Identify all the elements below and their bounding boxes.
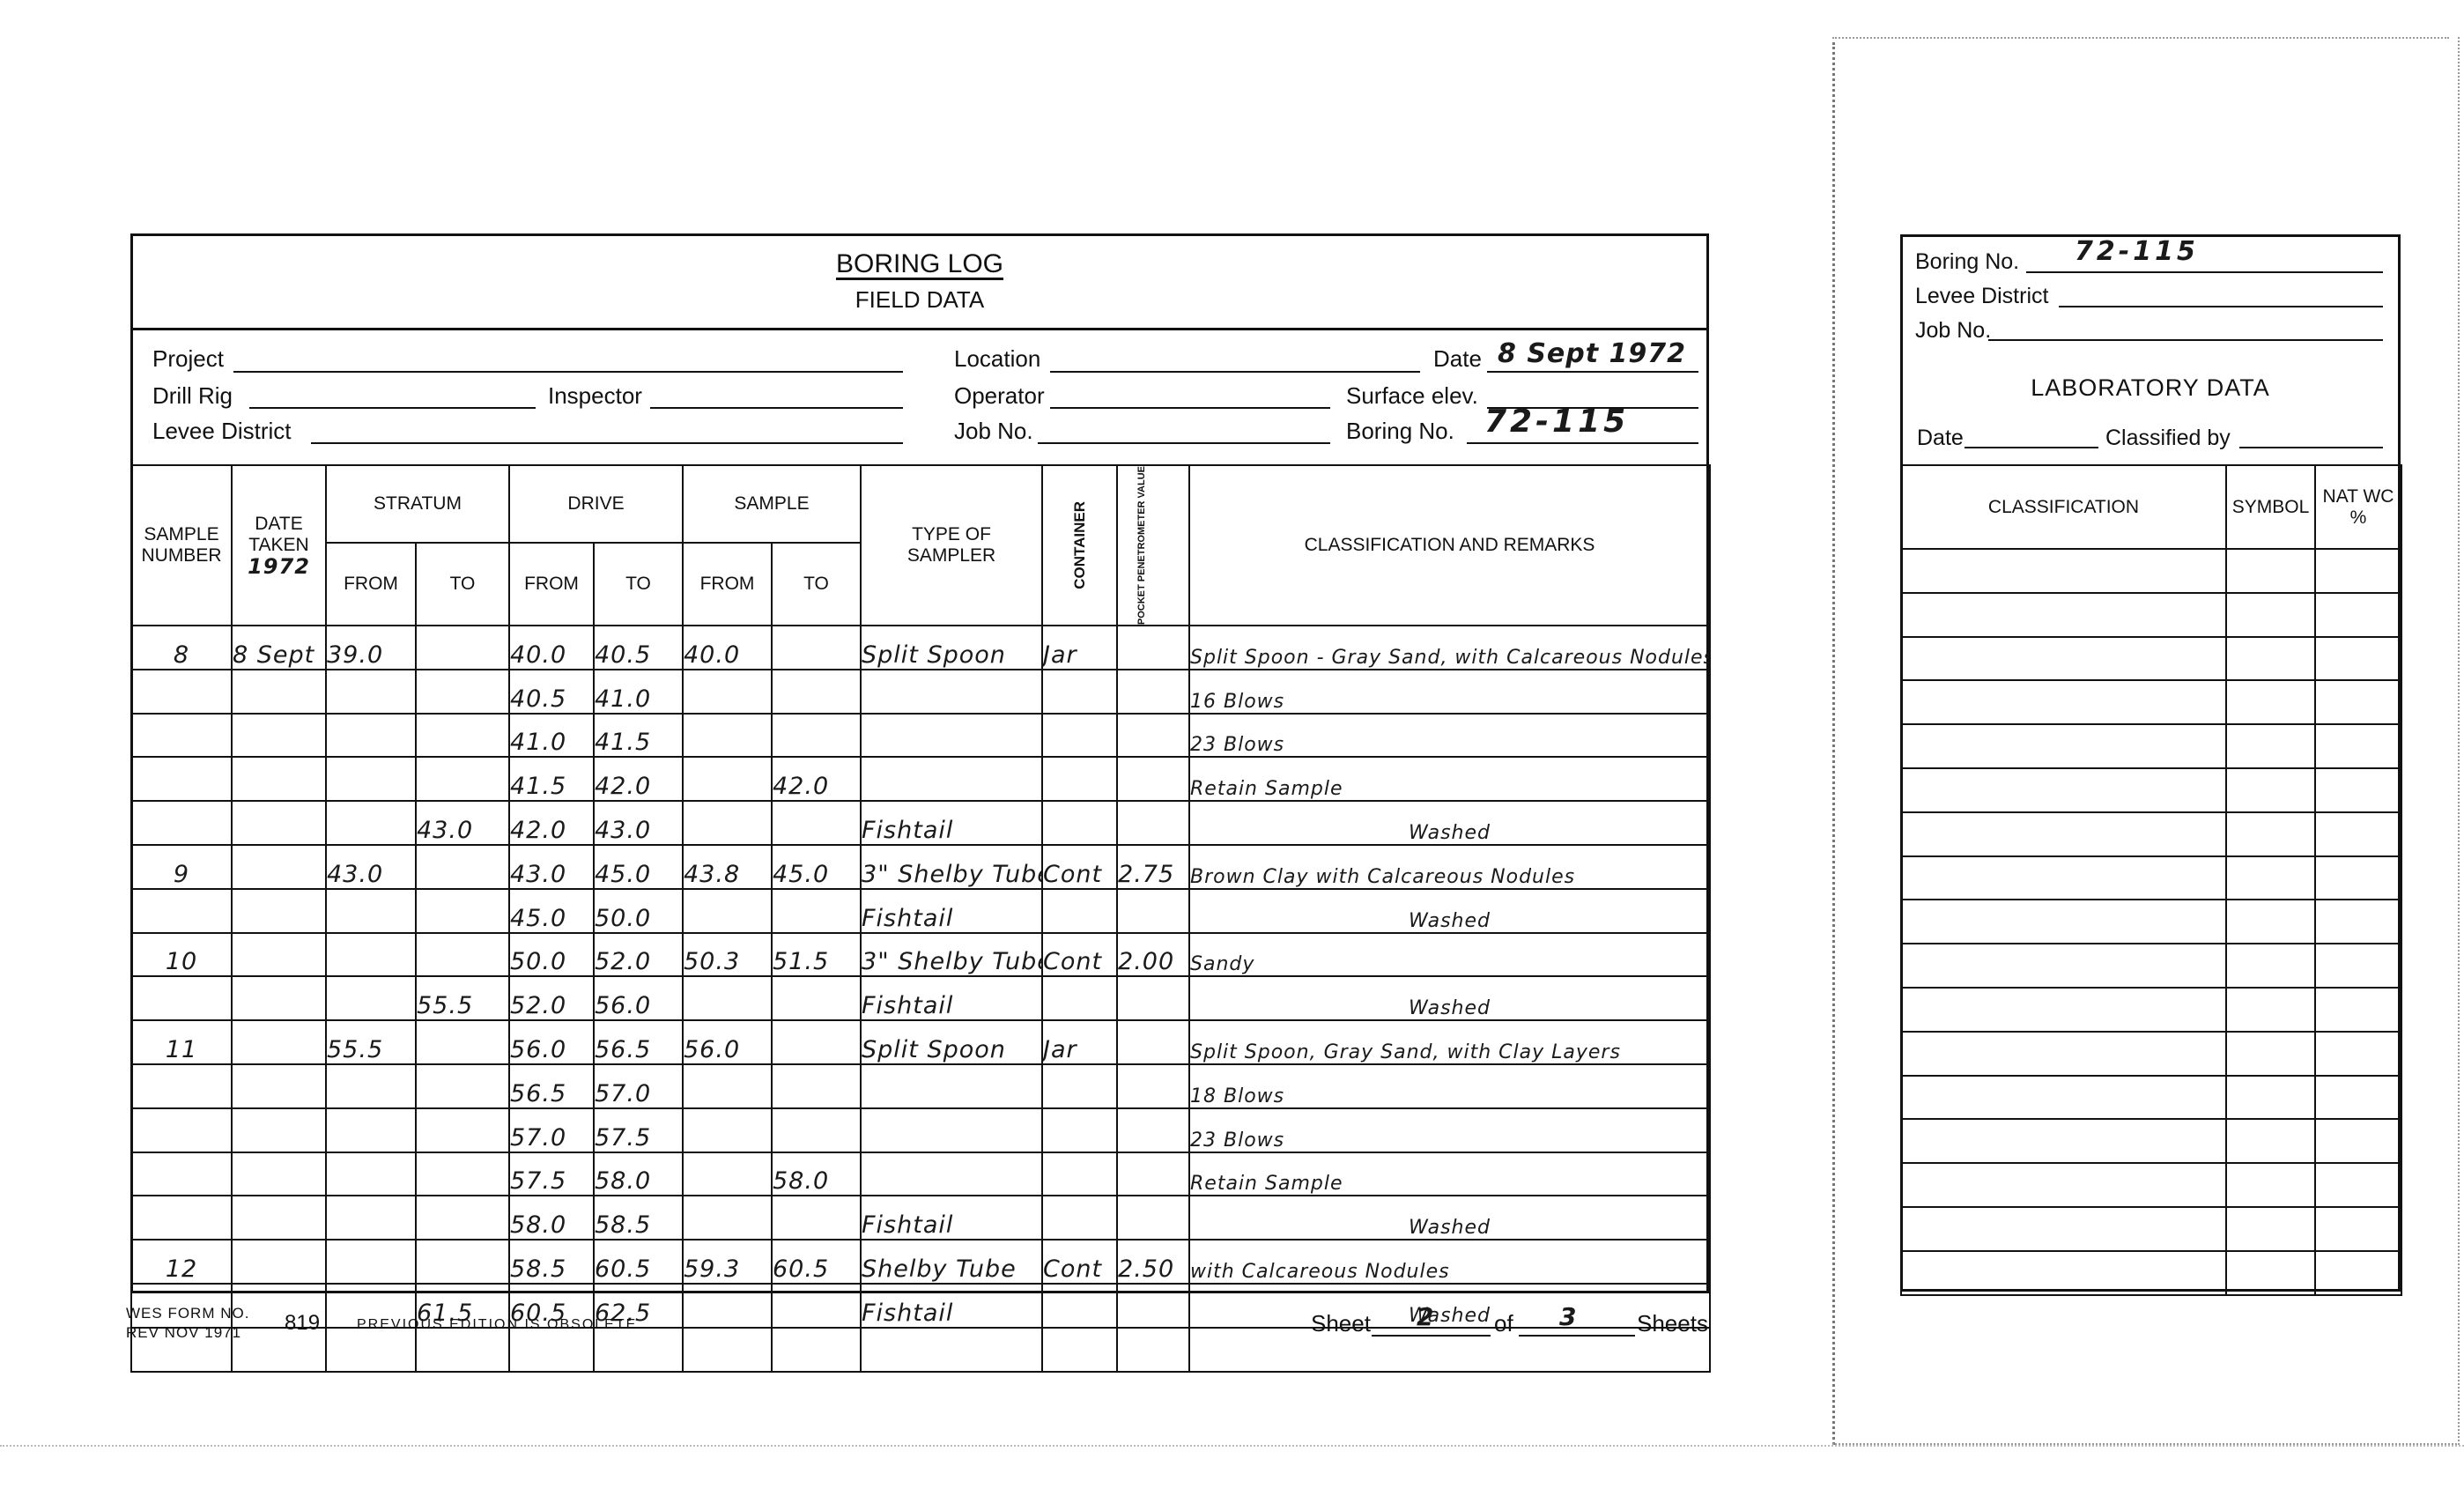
table-row: 55.552.056.0FishtailWashed [131, 976, 1710, 1020]
date-value: 8 Sept 1972 [1498, 338, 1686, 369]
date-taken-cell[interactable] [232, 1020, 326, 1064]
lab-classification-cell[interactable] [1901, 988, 2226, 1032]
lab-date-field[interactable] [1965, 447, 2098, 448]
of-label: of [1494, 1310, 1513, 1337]
sheet-field[interactable] [1372, 1335, 1491, 1337]
lab-symbol-cell[interactable] [2226, 1251, 2315, 1295]
penetrometer-cell[interactable]: 2.50 [1117, 1240, 1189, 1284]
sample-from-cell[interactable] [683, 976, 772, 1020]
sample-to-cell[interactable] [772, 1196, 861, 1240]
lab-symbol-cell[interactable] [2226, 724, 2315, 768]
lab-nat-wc-cell[interactable] [2315, 1251, 2401, 1295]
lab-nat-wc-cell[interactable] [2315, 988, 2401, 1032]
remarks-cell[interactable]: Sandy [1189, 933, 1710, 977]
sample-to-cell[interactable]: 45.0 [772, 845, 861, 889]
remarks-cell[interactable]: Split Spoon, Gray Sand, with Clay Layers [1189, 1020, 1710, 1064]
drive-to-cell[interactable]: 56.5 [594, 1020, 683, 1064]
container-cell[interactable]: Jar [1042, 1020, 1117, 1064]
remarks-cell[interactable]: 18 Blows [1189, 1064, 1710, 1108]
lab-symbol-cell[interactable] [2226, 944, 2315, 988]
stratum-from-cell[interactable] [326, 1240, 416, 1284]
penetrometer-cell[interactable] [1117, 1020, 1189, 1064]
sample-number-cell[interactable]: 9 [131, 845, 232, 889]
lab-symbol-cell[interactable] [2226, 637, 2315, 681]
col-stratum: STRATUM [326, 465, 509, 543]
lab-nat-wc-cell[interactable] [2315, 944, 2401, 988]
sample-from-cell[interactable]: 59.3 [683, 1240, 772, 1284]
stratum-to-cell[interactable] [416, 626, 509, 670]
sample-from-cell[interactable] [683, 1152, 772, 1196]
table-row: 41.542.042.0Retain Sample [131, 757, 1710, 801]
remarks-cell[interactable]: 16 Blows [1189, 670, 1710, 714]
lab-symbol-cell[interactable] [2226, 1119, 2315, 1163]
operator-field[interactable] [1050, 407, 1330, 409]
sampler-type-cell[interactable]: Fishtail [861, 976, 1042, 1020]
drive-to-cell[interactable]: 45.0 [594, 845, 683, 889]
levee-district-label: Levee District [152, 418, 292, 445]
container-cell[interactable]: Cont [1042, 845, 1117, 889]
lab-nat-wc-cell[interactable] [2315, 637, 2401, 681]
lab-classification-cell[interactable] [1901, 680, 2226, 724]
location-field[interactable] [1050, 371, 1420, 373]
stratum-to-cell[interactable] [416, 1196, 509, 1240]
sample-from-cell[interactable] [683, 801, 772, 845]
lab-classification-cell[interactable] [1901, 637, 2226, 681]
remarks-cell[interactable]: 23 Blows [1189, 1108, 1710, 1152]
lab-nat-wc-cell[interactable] [2315, 1032, 2401, 1076]
sample-from-cell[interactable] [683, 757, 772, 801]
date-taken-cell[interactable] [232, 714, 326, 758]
sample-number-cell[interactable]: 10 [131, 933, 232, 977]
sampler-type-cell[interactable]: Fishtail [861, 1284, 1042, 1328]
col-drive: DRIVE [509, 465, 683, 543]
stratum-to-cell[interactable] [416, 757, 509, 801]
lab-symbol-cell[interactable] [2226, 812, 2315, 856]
remarks-cell[interactable]: Washed [1189, 801, 1710, 845]
drive-from-cell[interactable]: 41.0 [509, 714, 594, 758]
drive-from-cell[interactable]: 57.0 [509, 1108, 594, 1152]
remarks-cell[interactable]: Washed [1189, 889, 1710, 933]
stratum-from-cell[interactable] [326, 670, 416, 714]
drive-to-cell[interactable]: 58.5 [594, 1196, 683, 1240]
lab-classification-cell[interactable] [1901, 812, 2226, 856]
date-taken-cell[interactable] [232, 845, 326, 889]
col-drive-to: TO [594, 543, 683, 626]
remarks-cell[interactable]: Washed [1189, 976, 1710, 1020]
lab-table-row [1901, 593, 2401, 637]
drive-to-cell[interactable]: 57.0 [594, 1064, 683, 1108]
remarks-cell[interactable]: with Calcareous Nodules [1189, 1240, 1710, 1284]
project-field[interactable] [233, 371, 903, 373]
penetrometer-cell[interactable] [1117, 1196, 1189, 1240]
penetrometer-cell[interactable] [1117, 1152, 1189, 1196]
col-sample-number: SAMPLE NUMBER [131, 465, 232, 626]
date-taken-cell[interactable] [232, 1240, 326, 1284]
penetrometer-cell[interactable] [1117, 1064, 1189, 1108]
lab-classification-cell[interactable] [1901, 1207, 2226, 1251]
sampler-type-cell[interactable] [861, 757, 1042, 801]
lab-classification-cell[interactable] [1901, 856, 2226, 900]
container-cell[interactable] [1042, 1152, 1117, 1196]
lab-classification-cell[interactable] [1901, 944, 2226, 988]
penetrometer-cell[interactable] [1117, 889, 1189, 933]
stratum-from-cell[interactable]: 39.0 [326, 626, 416, 670]
lab-nat-wc-cell[interactable] [2315, 593, 2401, 637]
drive-from-cell[interactable]: 52.0 [509, 976, 594, 1020]
col-drive-from: FROM [509, 543, 594, 626]
penetrometer-cell[interactable]: 2.75 [1117, 845, 1189, 889]
table-row: 43.042.043.0FishtailWashed [131, 801, 1710, 845]
lab-classified-by-label: Classified by [2105, 426, 2231, 451]
stratum-to-cell[interactable] [416, 1020, 509, 1064]
remarks-cell[interactable]: Brown Clay with Calcareous Nodules [1189, 845, 1710, 889]
sample-from-cell[interactable]: 56.0 [683, 1020, 772, 1064]
drive-to-cell[interactable]: 40.5 [594, 626, 683, 670]
stratum-to-cell[interactable] [416, 1240, 509, 1284]
lab-nat-wc-cell[interactable] [2315, 900, 2401, 944]
lab-boring-no-field[interactable] [2026, 271, 2383, 273]
penetrometer-cell[interactable] [1117, 626, 1189, 670]
lab-table-row [1901, 856, 2401, 900]
penetrometer-cell[interactable] [1117, 976, 1189, 1020]
of-field[interactable] [1519, 1335, 1635, 1337]
lab-job-no-field[interactable] [1988, 339, 2383, 341]
date-taken-cell[interactable] [232, 1064, 326, 1108]
date-taken-cell[interactable] [232, 1108, 326, 1152]
form-label-line1: WES FORM NO. [126, 1304, 249, 1323]
sampler-type-cell[interactable] [861, 1064, 1042, 1108]
boring-no-field[interactable] [1467, 442, 1698, 444]
sampler-type-cell[interactable]: Split Spoon [861, 626, 1042, 670]
lab-symbol-cell[interactable] [2226, 856, 2315, 900]
panel-edge-top [1832, 37, 2449, 39]
field-data-table: SAMPLE NUMBER DATE TAKEN 1972 STRATUM DR… [130, 464, 1711, 1373]
container-cell[interactable]: Cont [1042, 1240, 1117, 1284]
sampler-type-cell[interactable] [861, 1328, 1042, 1372]
lab-symbol-cell[interactable] [2226, 1076, 2315, 1120]
remarks-cell[interactable]: Washed [1189, 1284, 1710, 1328]
lab-nat-wc-cell[interactable] [2315, 1119, 2401, 1163]
drive-from-cell[interactable]: 40.5 [509, 670, 594, 714]
stratum-from-cell[interactable] [326, 976, 416, 1020]
lab-boring-no-label: Boring No. [1915, 249, 2019, 275]
sample-number-cell[interactable] [131, 1064, 232, 1108]
stratum-from-cell[interactable] [326, 933, 416, 977]
lab-symbol-cell[interactable] [2226, 988, 2315, 1032]
sample-from-cell[interactable] [683, 1064, 772, 1108]
lab-nat-wc-cell[interactable] [2315, 768, 2401, 812]
drive-to-cell[interactable]: 42.0 [594, 757, 683, 801]
sampler-type-cell[interactable]: Split Spoon [861, 1020, 1042, 1064]
lab-table-row [1901, 549, 2401, 593]
penetrometer-cell[interactable] [1117, 714, 1189, 758]
lab-nat-wc-cell[interactable] [2315, 549, 2401, 593]
container-cell[interactable] [1042, 1108, 1117, 1152]
sample-to-cell[interactable] [772, 1108, 861, 1152]
drive-to-cell[interactable]: 60.5 [594, 1240, 683, 1284]
lab-classification-cell[interactable] [1901, 1032, 2226, 1076]
lab-classification-cell[interactable] [1901, 1251, 2226, 1295]
date-taken-cell[interactable] [232, 933, 326, 977]
lab-classification-cell[interactable] [1901, 593, 2226, 637]
date-taken-cell[interactable] [232, 889, 326, 933]
stratum-from-cell[interactable] [326, 1152, 416, 1196]
sample-to-cell[interactable] [772, 801, 861, 845]
lab-nat-wc-cell[interactable] [2315, 812, 2401, 856]
sample-to-cell[interactable] [772, 626, 861, 670]
sample-number-cell[interactable]: 12 [131, 1240, 232, 1284]
container-cell[interactable]: Jar [1042, 626, 1117, 670]
lab-symbol-cell[interactable] [2226, 768, 2315, 812]
drive-from-cell[interactable]: 40.0 [509, 626, 594, 670]
drive-from-cell[interactable]: 50.0 [509, 933, 594, 977]
lab-symbol-cell[interactable] [2226, 1207, 2315, 1251]
penetrometer-cell[interactable] [1117, 801, 1189, 845]
sample-to-cell[interactable]: 58.0 [772, 1152, 861, 1196]
lab-nat-wc-cell[interactable] [2315, 856, 2401, 900]
stratum-from-cell[interactable] [326, 714, 416, 758]
stratum-from-cell[interactable] [326, 1108, 416, 1152]
sheet-label: Sheet [1311, 1310, 1371, 1337]
lab-nat-wc-cell[interactable] [2315, 680, 2401, 724]
drive-to-cell[interactable]: 43.0 [594, 801, 683, 845]
container-cell[interactable] [1042, 1328, 1117, 1372]
sample-to-cell[interactable]: 51.5 [772, 933, 861, 977]
stratum-from-cell[interactable] [326, 1196, 416, 1240]
drive-from-cell[interactable]: 57.5 [509, 1152, 594, 1196]
date-field[interactable] [1487, 371, 1698, 373]
penetrometer-cell[interactable] [1117, 1284, 1189, 1328]
stratum-to-cell[interactable] [416, 889, 509, 933]
inspector-field[interactable] [650, 407, 903, 409]
table-row: 45.050.0FishtailWashed [131, 889, 1710, 933]
stratum-to-cell[interactable] [416, 714, 509, 758]
col-stratum-to: TO [416, 543, 509, 626]
drive-to-cell[interactable]: 56.0 [594, 976, 683, 1020]
table-row: 58.058.5FishtailWashed [131, 1196, 1710, 1240]
stratum-to-cell[interactable] [416, 1108, 509, 1152]
container-cell[interactable] [1042, 1196, 1117, 1240]
container-cell[interactable] [1042, 1284, 1117, 1328]
lab-table-row [1901, 1251, 2401, 1295]
drive-to-cell[interactable]: 52.0 [594, 933, 683, 977]
boring-no-label: Boring No. [1346, 418, 1454, 445]
stratum-to-cell[interactable]: 43.0 [416, 801, 509, 845]
sample-from-cell[interactable]: 50.3 [683, 933, 772, 977]
sampler-type-cell[interactable] [861, 1152, 1042, 1196]
date-taken-cell[interactable] [232, 801, 326, 845]
date-taken-cell[interactable] [232, 757, 326, 801]
date-taken-year: 1972 [233, 556, 325, 577]
lab-col-nat-wc-unit: % [2316, 507, 2401, 529]
penetrometer-cell[interactable] [1117, 1328, 1189, 1372]
stratum-to-cell[interactable] [416, 1064, 509, 1108]
sample-number-cell[interactable] [131, 1108, 232, 1152]
remarks-cell[interactable]: Retain Sample [1189, 757, 1710, 801]
lab-nat-wc-cell[interactable] [2315, 1207, 2401, 1251]
table-row: 1155.556.056.556.0Split SpoonJarSplit Sp… [131, 1020, 1710, 1064]
sample-to-cell[interactable]: 60.5 [772, 1240, 861, 1284]
sampler-type-cell[interactable] [861, 670, 1042, 714]
sample-number-cell[interactable] [131, 670, 232, 714]
sample-from-cell[interactable] [683, 1328, 772, 1372]
drive-from-cell[interactable]: 58.5 [509, 1240, 594, 1284]
job-no-field[interactable] [1038, 442, 1330, 444]
sample-to-cell[interactable] [772, 1284, 861, 1328]
stratum-to-cell[interactable] [416, 933, 509, 977]
stratum-from-cell[interactable]: 43.0 [326, 845, 416, 889]
lab-levee-district-field[interactable] [2059, 306, 2383, 307]
container-cell[interactable] [1042, 714, 1117, 758]
lab-symbol-cell[interactable] [2226, 1163, 2315, 1207]
sample-from-cell[interactable] [683, 1196, 772, 1240]
sheet-value: 2 [1417, 1302, 1434, 1331]
remarks-cell[interactable]: Retain Sample [1189, 1152, 1710, 1196]
lab-table-row [1901, 988, 2401, 1032]
project-label: Project [152, 345, 224, 373]
table-row: 56.557.018 Blows [131, 1064, 1710, 1108]
sample-from-cell[interactable] [683, 889, 772, 933]
lab-classification-cell[interactable] [1901, 549, 2226, 593]
lab-classification-cell[interactable] [1901, 1076, 2226, 1120]
lab-symbol-cell[interactable] [2226, 900, 2315, 944]
lab-symbol-cell[interactable] [2226, 549, 2315, 593]
penetrometer-cell[interactable] [1117, 670, 1189, 714]
levee-district-field[interactable] [311, 442, 903, 444]
sample-to-cell[interactable] [772, 670, 861, 714]
date-taken-cell[interactable] [232, 670, 326, 714]
container-cell[interactable] [1042, 670, 1117, 714]
sampler-type-cell[interactable] [861, 1108, 1042, 1152]
container-cell[interactable] [1042, 801, 1117, 845]
sample-from-cell[interactable]: 43.8 [683, 845, 772, 889]
form-subtitle: FIELD DATA [130, 286, 1709, 314]
stratum-to-cell[interactable] [416, 845, 509, 889]
sample-number-cell[interactable]: 8 [131, 626, 232, 670]
stratum-to-cell[interactable]: 55.5 [416, 976, 509, 1020]
drive-to-cell[interactable]: 58.0 [594, 1152, 683, 1196]
lab-classification-cell[interactable] [1901, 768, 2226, 812]
stratum-to-cell[interactable] [416, 1152, 509, 1196]
sample-number-cell[interactable] [131, 714, 232, 758]
sampler-type-cell[interactable]: Fishtail [861, 801, 1042, 845]
sample-to-cell[interactable] [772, 1020, 861, 1064]
stratum-from-cell[interactable] [326, 889, 416, 933]
lab-symbol-cell[interactable] [2226, 1032, 2315, 1076]
sample-number-cell[interactable] [131, 976, 232, 1020]
stratum-from-cell[interactable]: 55.5 [326, 1020, 416, 1064]
drive-from-cell[interactable]: 43.0 [509, 845, 594, 889]
lab-classification-cell[interactable] [1901, 900, 2226, 944]
sample-number-cell[interactable] [131, 1196, 232, 1240]
sheets-label: Sheets [1637, 1310, 1708, 1337]
drive-from-cell[interactable]: 56.0 [509, 1020, 594, 1064]
container-cell[interactable] [1042, 976, 1117, 1020]
lab-classification-cell[interactable] [1901, 1119, 2226, 1163]
sample-from-cell[interactable]: 40.0 [683, 626, 772, 670]
date-taken-cell[interactable] [232, 1152, 326, 1196]
drive-from-cell[interactable]: 58.0 [509, 1196, 594, 1240]
drive-to-cell[interactable]: 41.5 [594, 714, 683, 758]
lab-classification-cell[interactable] [1901, 1163, 2226, 1207]
sample-number-cell[interactable] [131, 889, 232, 933]
obsolete-note: PREVIOUS EDITION IS OBSOLETE [357, 1315, 637, 1335]
sample-number-cell[interactable]: 11 [131, 1020, 232, 1064]
remarks-cell[interactable]: Split Spoon - Gray Sand, with Calcareous… [1189, 626, 1710, 670]
col-pocket-penetrometer-label: POCKET PENETROMETER VALUE [1137, 466, 1169, 625]
sampler-type-cell[interactable]: Shelby Tube [861, 1240, 1042, 1284]
col-sample-to: TO [772, 543, 861, 626]
drive-to-cell[interactable]: 50.0 [594, 889, 683, 933]
sample-to-cell[interactable] [772, 1064, 861, 1108]
sample-from-cell[interactable] [683, 670, 772, 714]
sampler-type-cell[interactable]: Fishtail [861, 1196, 1042, 1240]
drive-from-cell[interactable]: 41.5 [509, 757, 594, 801]
penetrometer-cell[interactable] [1117, 1108, 1189, 1152]
drive-to-cell[interactable]: 41.0 [594, 670, 683, 714]
sample-from-cell[interactable] [683, 714, 772, 758]
stratum-from-cell[interactable] [326, 801, 416, 845]
stratum-from-cell[interactable] [326, 1064, 416, 1108]
lab-classification-cell[interactable] [1901, 724, 2226, 768]
container-cell[interactable] [1042, 757, 1117, 801]
container-cell[interactable] [1042, 1064, 1117, 1108]
sampler-type-cell[interactable]: 3" Shelby Tube [861, 845, 1042, 889]
penetrometer-cell[interactable] [1117, 757, 1189, 801]
remarks-cell[interactable]: 23 Blows [1189, 714, 1710, 758]
sample-from-cell[interactable] [683, 1284, 772, 1328]
stratum-from-cell[interactable] [326, 757, 416, 801]
date-taken-cell[interactable] [232, 1196, 326, 1240]
lab-nat-wc-cell[interactable] [2315, 724, 2401, 768]
date-taken-cell[interactable] [232, 976, 326, 1020]
table-row: 1258.560.559.360.5Shelby TubeCont2.50wit… [131, 1240, 1710, 1284]
sample-number-cell[interactable] [131, 757, 232, 801]
sampler-type-cell[interactable]: 3" Shelby Tube [861, 933, 1042, 977]
surface-elev-label: Surface elev. [1346, 382, 1478, 410]
sample-to-cell[interactable] [772, 714, 861, 758]
sample-number-cell[interactable] [131, 1152, 232, 1196]
lab-symbol-cell[interactable] [2226, 593, 2315, 637]
lab-boring-no-value: 72-115 [2075, 236, 2199, 267]
drive-from-cell[interactable]: 45.0 [509, 889, 594, 933]
lab-classified-by-field[interactable] [2239, 447, 2383, 448]
sample-to-cell[interactable] [772, 976, 861, 1020]
drill-rig-field[interactable] [249, 407, 536, 409]
penetrometer-cell[interactable]: 2.00 [1117, 933, 1189, 977]
sample-number-cell[interactable] [131, 801, 232, 845]
sampler-type-cell[interactable]: Fishtail [861, 889, 1042, 933]
lab-table-row [1901, 680, 2401, 724]
stratum-to-cell[interactable] [416, 670, 509, 714]
remarks-cell[interactable]: Washed [1189, 1196, 1710, 1240]
sampler-type-cell[interactable] [861, 714, 1042, 758]
drive-to-cell[interactable]: 57.5 [594, 1108, 683, 1152]
container-cell[interactable]: Cont [1042, 933, 1117, 977]
drive-from-cell[interactable]: 56.5 [509, 1064, 594, 1108]
sample-to-cell[interactable] [772, 1328, 861, 1372]
sample-to-cell[interactable] [772, 889, 861, 933]
lab-nat-wc-cell[interactable] [2315, 1163, 2401, 1207]
drive-from-cell[interactable]: 42.0 [509, 801, 594, 845]
lab-symbol-cell[interactable] [2226, 680, 2315, 724]
lab-nat-wc-cell[interactable] [2315, 1076, 2401, 1120]
date-taken-cell[interactable]: 8 Sept [232, 626, 326, 670]
sample-to-cell[interactable]: 42.0 [772, 757, 861, 801]
container-cell[interactable] [1042, 889, 1117, 933]
sample-from-cell[interactable] [683, 1108, 772, 1152]
of-value: 3 [1559, 1302, 1577, 1331]
